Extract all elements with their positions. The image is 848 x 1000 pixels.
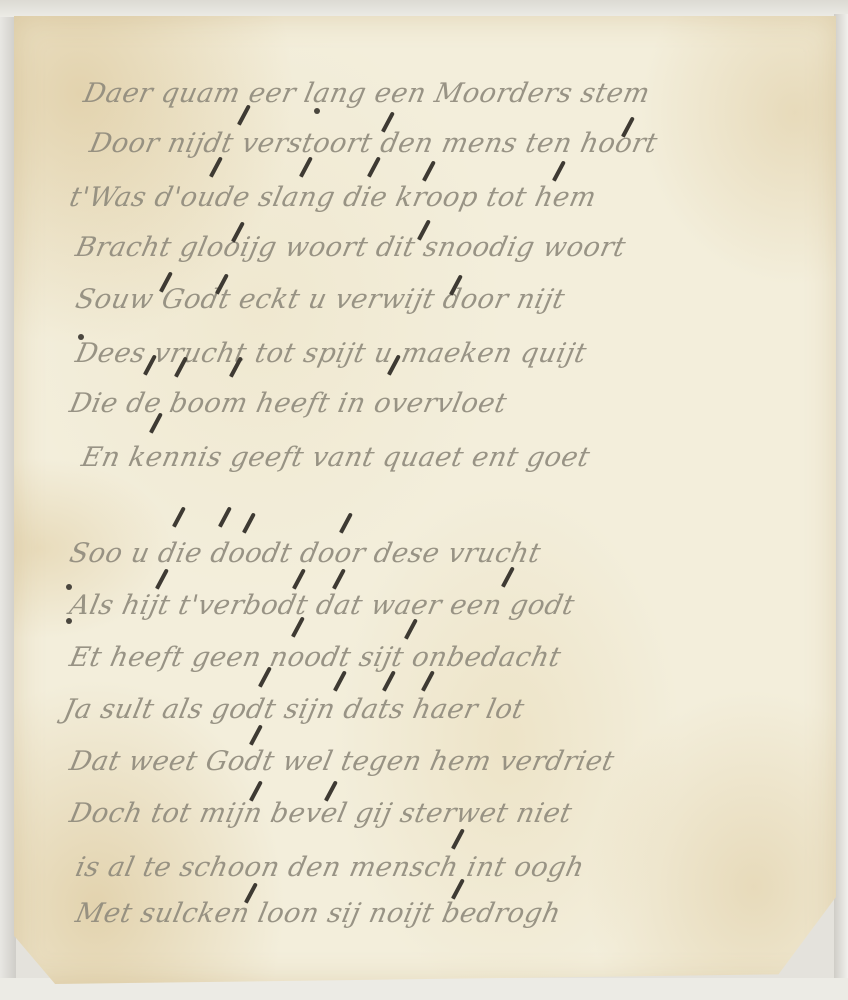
mount-right-edge [834, 14, 848, 1000]
verse-line: Met sulcken loon sij noijt bedrogh [73, 898, 564, 929]
verse-line: Bracht glooijg woort dit snoodig woort [73, 232, 629, 263]
verse-line: Doch tot mijn bevel gij sterwet niet [67, 798, 575, 829]
manuscript-page: Daer quam eer lang een Moorders stem Doo… [14, 16, 836, 984]
mount-left-edge [0, 17, 16, 1000]
verse-line: En kennis geeft vant quaet ent goet [79, 442, 593, 473]
verse-line: Als hijt t'verbodt dat waer een godt [67, 590, 578, 621]
verse-line: Die de boom heeft in overvloet [67, 388, 510, 419]
verse-line: Souw Godt eckt u verwijt door nijt [73, 284, 568, 315]
verse-line: Daer quam eer lang een Moorders stem [81, 78, 653, 109]
verse-line: Dat weet Godt wel tegen hem verdriet [67, 746, 618, 777]
verse-line: Door nijdt verstoort den mens ten hoort [87, 128, 661, 159]
verse-line: is al te schoon den mensch int oogh [73, 852, 588, 883]
mount-top-edge [0, 0, 848, 18]
verse-line: Ja sult als godt sijn dats haer lot [61, 694, 528, 725]
verse-line: t'Was d'oude slang die kroop tot hem [67, 182, 599, 213]
verse-line: Et heeft geen noodt sijt onbedacht [67, 642, 564, 673]
verse-line: Soo u die doodt door dese vrucht [67, 538, 544, 569]
